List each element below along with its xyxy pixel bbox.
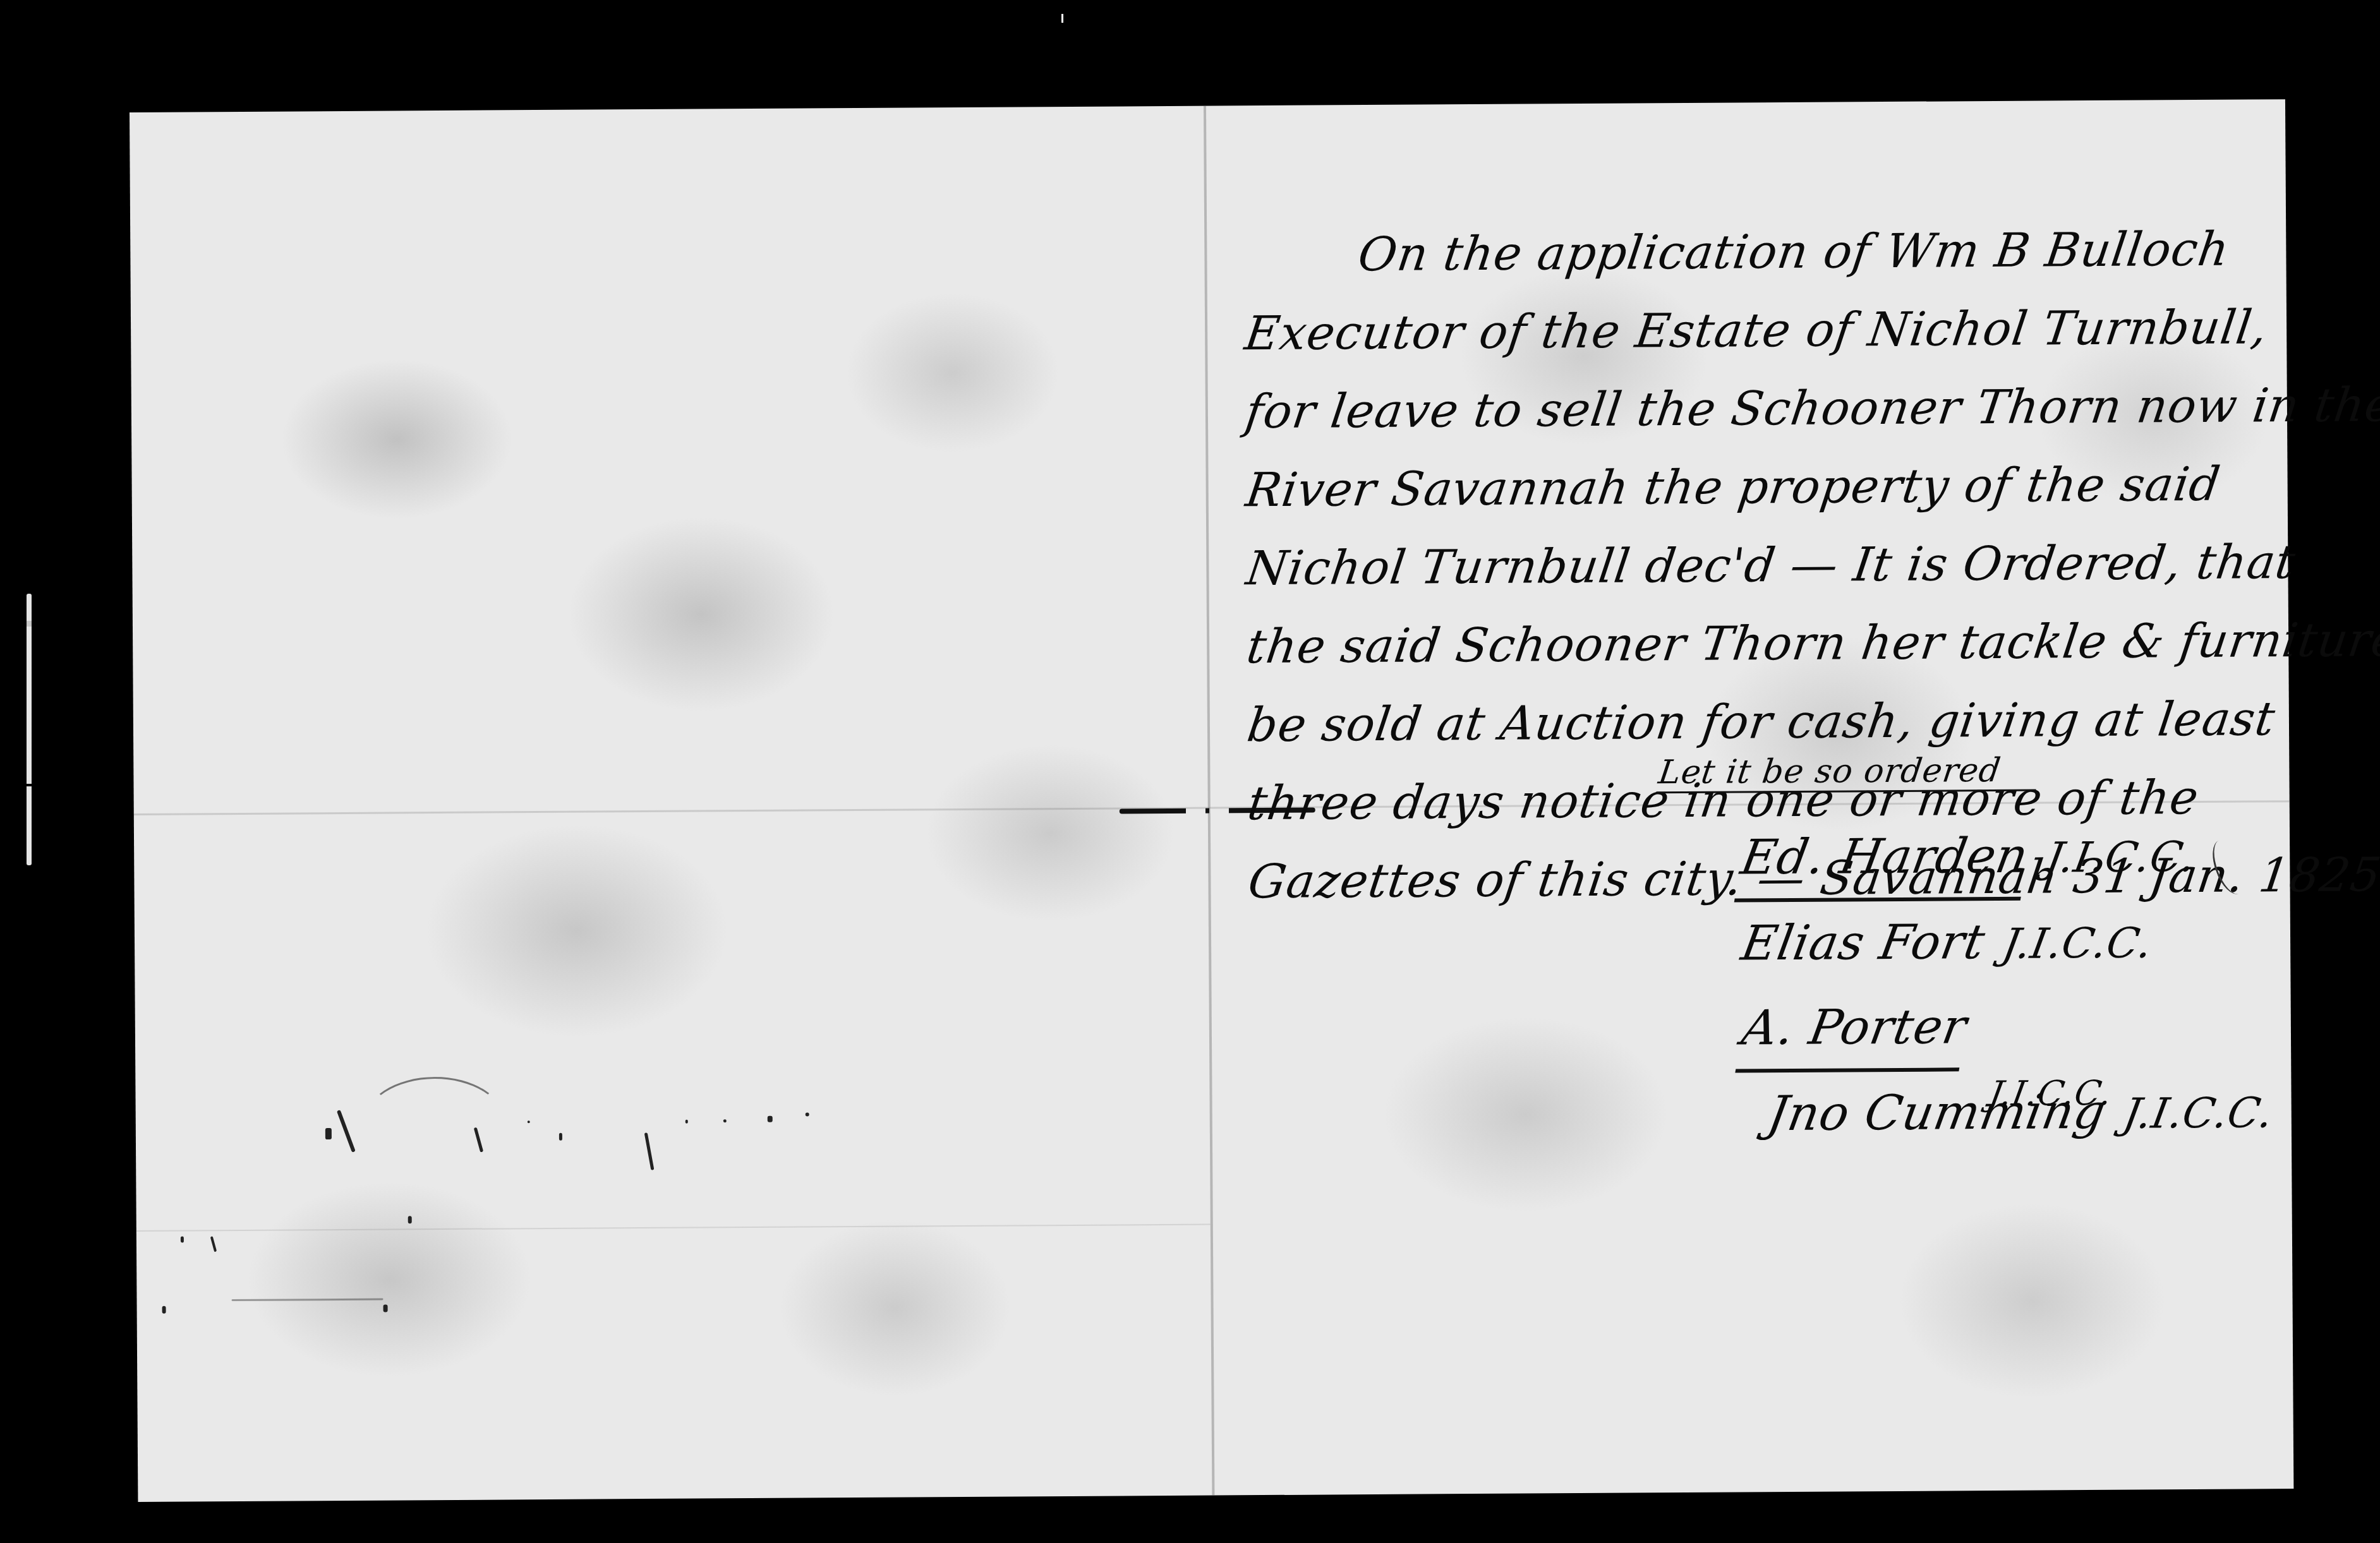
signature-fort: Elias FortJ.I.C.C.	[1735, 899, 2268, 987]
right-page: On the application of Wm B Bulloch Execu…	[1206, 99, 2293, 1495]
signature-title: J.I.C.C.	[2043, 832, 2200, 882]
scanner-edge-mark-top	[1061, 14, 1063, 23]
document-sheet: On the application of Wm B Bulloch Execu…	[130, 99, 2293, 1502]
signature-cumming: Jno CummingJ.I.C.C.	[1736, 1069, 2268, 1157]
signature-title: J.I.C.C.	[1999, 918, 2156, 968]
scanner-edge-mark	[27, 594, 32, 865]
order-line: the said Schooner Thorn her tackle & fur…	[1242, 602, 2238, 687]
order-line: be sold at Auction for cash, giving at l…	[1243, 680, 2239, 765]
signature-name: A. Porter	[1735, 985, 1973, 1072]
left-page	[130, 106, 1212, 1502]
faint-ink-curve	[363, 1076, 506, 1169]
order-line: Nichol Turnbull dec'd — It is Ordered, t…	[1241, 524, 2238, 608]
bleed-through-marks	[135, 1041, 1211, 1363]
signature-name: Elias Fort	[1735, 901, 1991, 984]
order-line: for leave to sell the Schooner Thorn now…	[1241, 367, 2237, 452]
order-line: River Savannah the property of the said	[1241, 445, 2237, 530]
signature-porter: A. Porter	[1735, 983, 2268, 1072]
signature-block: Ed. HardenJ.I.C.C. Elias FortJ.I.C.C. A.…	[1741, 813, 2261, 1157]
approval-note: Let it be so ordered	[1656, 752, 2041, 794]
order-line: On the application of Wm B Bulloch	[1240, 210, 2236, 295]
signature-title: J.I.C.C.	[2120, 1088, 2277, 1138]
order-line: Executor of the Estate of Nichol Turnbul…	[1240, 289, 2237, 373]
signature-harden: Ed. HardenJ.I.C.C.	[1734, 813, 2267, 902]
signature-name: Ed. Harden	[1734, 815, 2035, 903]
signature-name: Jno Cumming	[1761, 1071, 2113, 1155]
